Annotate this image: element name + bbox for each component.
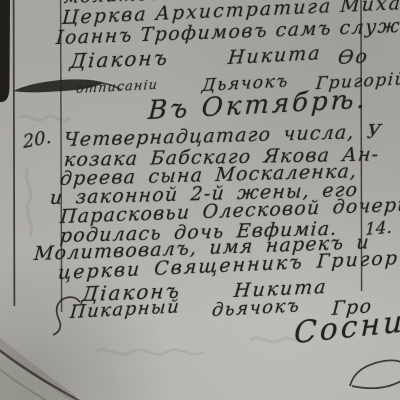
metrical-book-scan-page: молитвовалъ, имя наре Церква Архистратиг… xyxy=(0,0,400,400)
upper-deacon-surname-fragment: Ѳо xyxy=(337,45,370,69)
signature-flourish-loop xyxy=(350,360,400,388)
left-edge-dark-strip xyxy=(0,0,10,102)
column-rule-left xyxy=(14,0,15,306)
upper-deacon-title: Діаконъ xyxy=(69,45,170,73)
